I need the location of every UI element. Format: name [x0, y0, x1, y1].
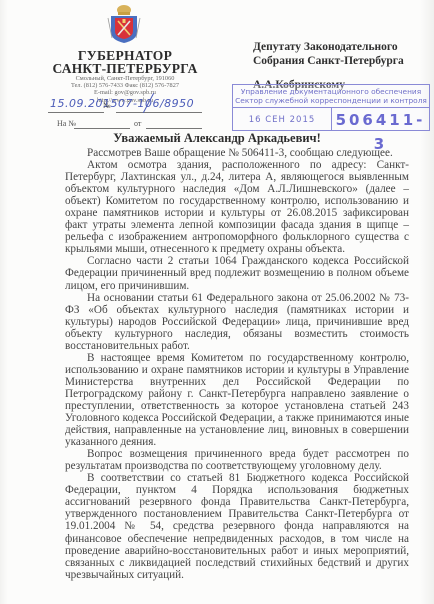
- salutation: Уважаемый Александр Аркадьевич!: [0, 131, 434, 146]
- letter-page: ГУБЕРНАТОР САНКТ-ПЕТЕРБУРГА Смольный, Са…: [0, 0, 434, 604]
- paragraph: Согласно части 2 статьи 1064 Гражданског…: [65, 255, 409, 291]
- date-underline: [48, 112, 104, 113]
- paragraph: В настоящее время Комитетом по государст…: [65, 352, 409, 448]
- letter-body: Рассмотрев Ваше обращение № 506411-3, со…: [65, 147, 409, 581]
- from-line: [146, 128, 202, 129]
- paragraph: Рассмотрев Ваше обращение № 506411-3, со…: [65, 147, 409, 159]
- stamp-sector: Сектор служебной корреспонденции и контр…: [233, 96, 429, 105]
- recipient-organization: Собрания Санкт-Петербурга: [253, 55, 404, 67]
- outgoing-number: 07-106/8950: [118, 97, 194, 110]
- issuer-email: E-mail: gov@gov.spb.ru: [40, 89, 210, 96]
- stamp-department: Управление документационного обеспечения: [233, 87, 429, 96]
- from-label: от: [134, 119, 141, 128]
- number-underline: [116, 112, 202, 113]
- paragraph: Актом осмотра здания, расположенного по …: [65, 159, 409, 255]
- number-label: №: [103, 101, 111, 110]
- paragraph: Вопрос возмещения причиненного вреда буд…: [65, 448, 409, 472]
- coat-of-arms-icon: [106, 4, 142, 44]
- stamp-date: 16 СЕН 2015: [233, 108, 332, 130]
- reply-to-label: На №: [57, 119, 76, 128]
- issuer-phone-fax: Тел. (812) 576-7433 Факс (812) 576-7827: [40, 82, 210, 89]
- issuer-address: Смольный, Санкт-Петербург, 191060: [40, 75, 210, 82]
- recipient-position: Депутату Законодательного: [253, 41, 398, 53]
- stamp-row: 16 СЕН 2015 506411-3: [233, 107, 429, 130]
- stamp-number: 506411-3: [332, 108, 429, 130]
- paragraph: В соответствии со статьей 81 Бюджетного …: [65, 472, 409, 580]
- registration-stamp: Управление документационного обеспечения…: [232, 84, 430, 131]
- paragraph: На основании статьи 61 Федерального зако…: [65, 292, 409, 352]
- reply-to-line: [74, 128, 130, 129]
